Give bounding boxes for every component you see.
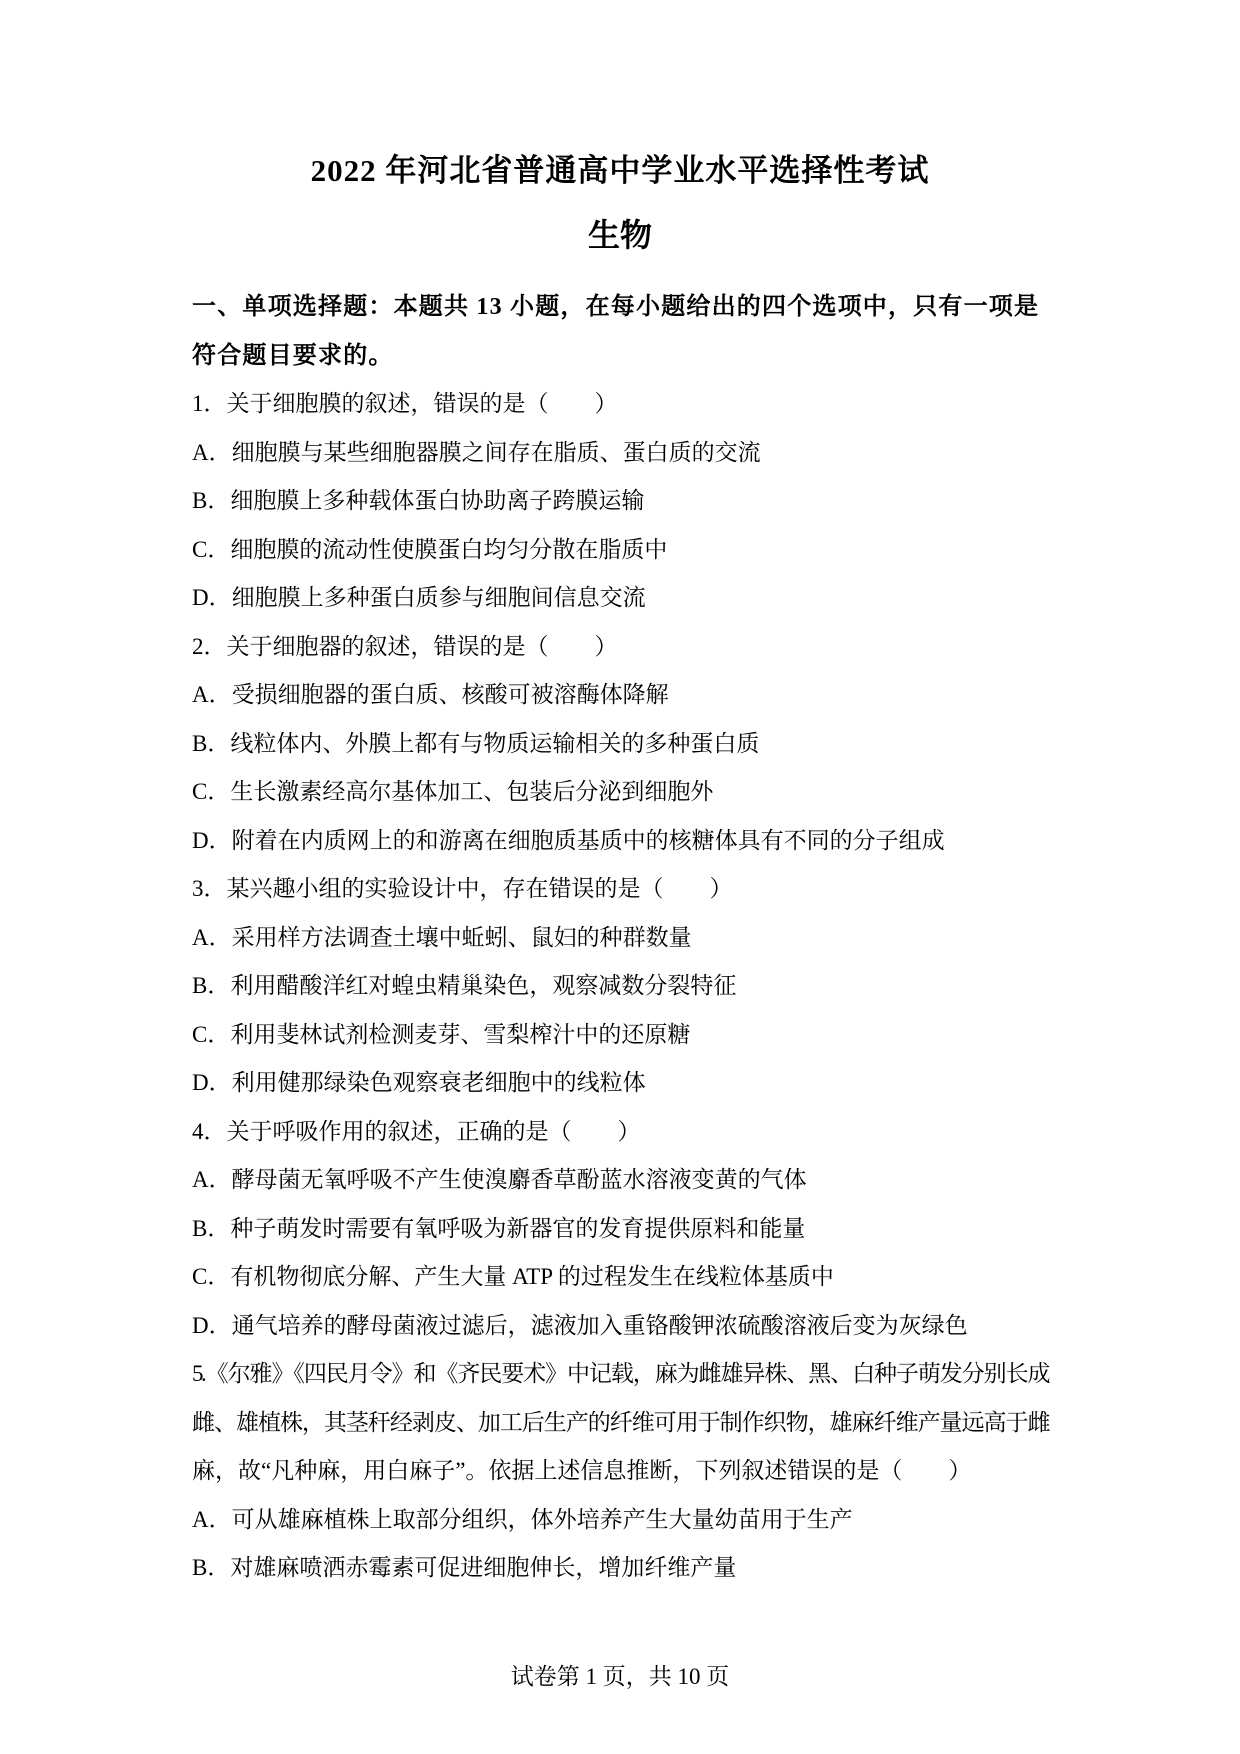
option-item: B．线粒体内、外膜上都有与物质运输相关的多种蛋白质	[192, 720, 1048, 769]
option-item: D．附着在内质网上的和游离在细胞质基质中的核糖体具有不同的分子组成	[192, 817, 1048, 866]
question-stem-line: 麻，故“凡种麻，用白麻子”。依据上述信息推断，下列叙述错误的是（ ）	[192, 1447, 1048, 1496]
section-instructions-line2: 符合题目要求的。	[192, 332, 1048, 381]
page-title: 2022 年河北省普通高中学业水平选择性考试	[192, 150, 1048, 192]
option-item: B．对雄麻喷洒赤霉素可促进细胞伸长，增加纤维产量	[192, 1544, 1048, 1593]
question-stem-line: 5.《尔雅》《四民月令》和《齐民要术》中记载，麻为雌雄异株、黑、白种子萌发分别长…	[192, 1350, 1048, 1399]
page-content: 2022 年河北省普通高中学业水平选择性考试 生物 一、单项选择题：本题共 13…	[192, 0, 1048, 1593]
option-item: A．酵母菌无氧呼吸不产生使溴麝香草酚蓝水溶液变黄的气体	[192, 1156, 1048, 1205]
question-stem: 4．关于呼吸作用的叙述，正确的是（ ）	[192, 1108, 1048, 1157]
option-item: B．种子萌发时需要有氧呼吸为新器官的发育提供原料和能量	[192, 1205, 1048, 1254]
question-5: 5.《尔雅》《四民月令》和《齐民要术》中记载，麻为雌雄异株、黑、白种子萌发分别长…	[192, 1350, 1048, 1593]
page-footer: 试卷第 1 页，共 10 页	[0, 1662, 1240, 1692]
option-item: A．采用样方法调查土壤中蚯蚓、鼠妇的种群数量	[192, 914, 1048, 963]
option-item: A．受损细胞器的蛋白质、核酸可被溶酶体降解	[192, 671, 1048, 720]
question-4: 4．关于呼吸作用的叙述，正确的是（ ） A．酵母菌无氧呼吸不产生使溴麝香草酚蓝水…	[192, 1108, 1048, 1351]
question-1: 1．关于细胞膜的叙述，错误的是（ ） A．细胞膜与某些细胞器膜之间存在脂质、蛋白…	[192, 380, 1048, 623]
question-stem: 2．关于细胞器的叙述，错误的是（ ）	[192, 623, 1048, 672]
question-stem-line: 雌、雄植株，其茎秆经剥皮、加工后生产的纤维可用于制作织物，雄麻纤维产量远高于雌	[192, 1399, 1048, 1448]
question-2: 2．关于细胞器的叙述，错误的是（ ） A．受损细胞器的蛋白质、核酸可被溶酶体降解…	[192, 623, 1048, 866]
option-item: C．生长激素经高尔基体加工、包装后分泌到细胞外	[192, 768, 1048, 817]
option-item: A．可从雄麻植株上取部分组织，体外培养产生大量幼苗用于生产	[192, 1496, 1048, 1545]
option-item: C．有机物彻底分解、产生大量 ATP 的过程发生在线粒体基质中	[192, 1253, 1048, 1302]
section-instructions-line1: 一、单项选择题：本题共 13 小题，在每小题给出的四个选项中，只有一项是	[192, 283, 1048, 332]
option-item: D．细胞膜上多种蛋白质参与细胞间信息交流	[192, 574, 1048, 623]
section-instructions: 一、单项选择题：本题共 13 小题，在每小题给出的四个选项中，只有一项是 符合题…	[192, 283, 1048, 380]
option-item: A．细胞膜与某些细胞器膜之间存在脂质、蛋白质的交流	[192, 429, 1048, 478]
option-item: C．利用斐林试剂检测麦芽、雪梨榨汁中的还原糖	[192, 1011, 1048, 1060]
question-stem: 1．关于细胞膜的叙述，错误的是（ ）	[192, 380, 1048, 429]
question-3: 3．某兴趣小组的实验设计中，存在错误的是（ ） A．采用样方法调查土壤中蚯蚓、鼠…	[192, 865, 1048, 1108]
option-item: B．利用醋酸洋红对蝗虫精巢染色，观察减数分裂特征	[192, 962, 1048, 1011]
option-item: B．细胞膜上多种载体蛋白协助离子跨膜运输	[192, 477, 1048, 526]
page-subtitle: 生物	[192, 213, 1048, 257]
option-item: D．通气培养的酵母菌液过滤后，滤液加入重铬酸钾浓硫酸溶液后变为灰绿色	[192, 1302, 1048, 1351]
exam-paper-page: 2022 年河北省普通高中学业水平选择性考试 生物 一、单项选择题：本题共 13…	[0, 0, 1240, 1754]
option-item: C．细胞膜的流动性使膜蛋白均匀分散在脂质中	[192, 526, 1048, 575]
question-stem: 3．某兴趣小组的实验设计中，存在错误的是（ ）	[192, 865, 1048, 914]
option-item: D．利用健那绿染色观察衰老细胞中的线粒体	[192, 1059, 1048, 1108]
